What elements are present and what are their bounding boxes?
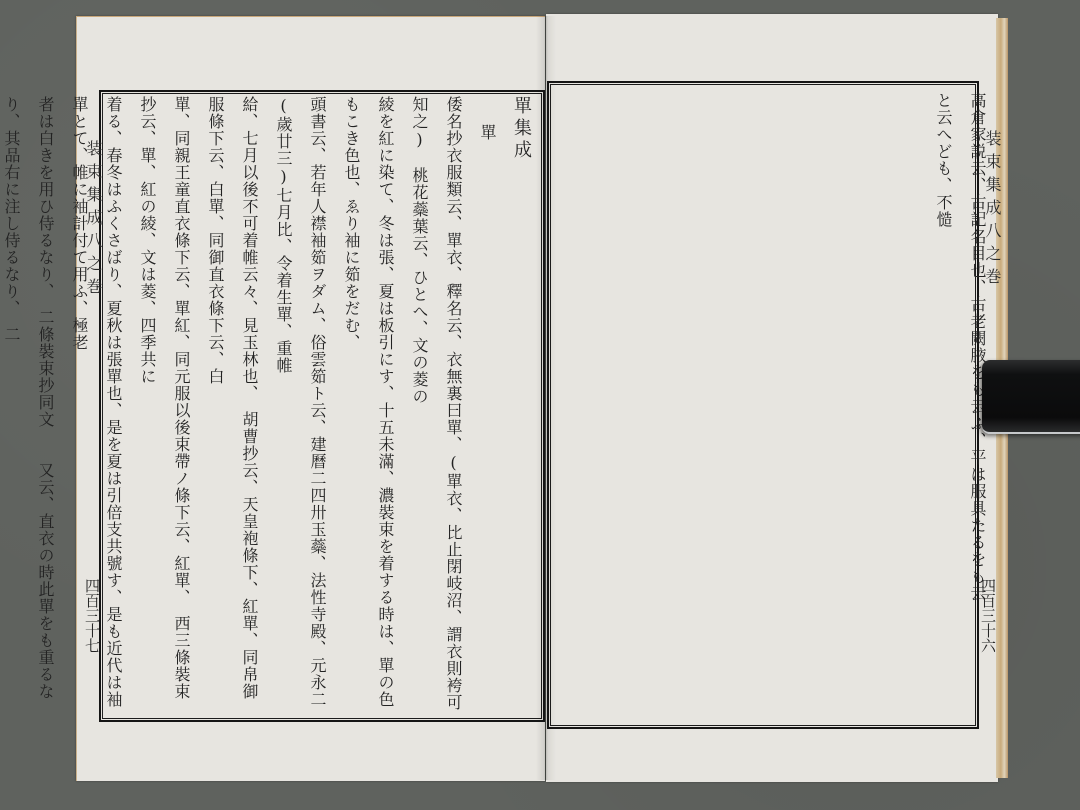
text-column: 綾を紅に染て、冬は張、夏は板引にす、十五未滿、濃裝束を着する時は、單の色もこき色… — [334, 96, 402, 712]
right-running-head: 装束集成八之巻 — [981, 130, 1004, 291]
text-column: 者は白きを用ひ侍るなり、 二條裝束抄同文 又云、直衣の時此單をも重るなり、其品右… — [0, 96, 62, 712]
text-column: 給、七月以後不可着帷云々、見玉林也、 胡曹抄云、天皇袍條下、紅單、同帛御服條下云… — [198, 96, 266, 712]
text-column: 單、同親王童直衣條下云、單紅、同元服以後束帶ノ條下云、紅單、 西三條裝束抄云、單… — [130, 96, 198, 712]
binder-clip — [982, 360, 1080, 434]
subheading: 單 — [470, 96, 504, 712]
text-column: 倭名抄衣服類云、單衣、釋名云、衣無裏曰單、(單衣、比止閉岐沼、謂衣則袴可知之) … — [402, 96, 470, 712]
left-page-body: 單集成 單 倭名抄衣服類云、單衣、釋名云、衣無裏曰單、(單衣、比止閉岐沼、謂衣則… — [0, 96, 538, 712]
right-text-frame — [550, 84, 976, 726]
text-column: 頭書云、若年人襟袖筎ヲダム、俗雲筎ト云、建曆二四卅玉蘂、法性寺殿、元永二(歲廿三… — [266, 96, 334, 712]
right-page-number: 四百三十六 — [980, 578, 996, 653]
text-column: 着る、春冬はふくさばり、夏秋は張單也、是を夏は引倍支共號す、是も近代は袖單とて、… — [62, 96, 130, 712]
section-title: 單集成 — [504, 96, 538, 712]
